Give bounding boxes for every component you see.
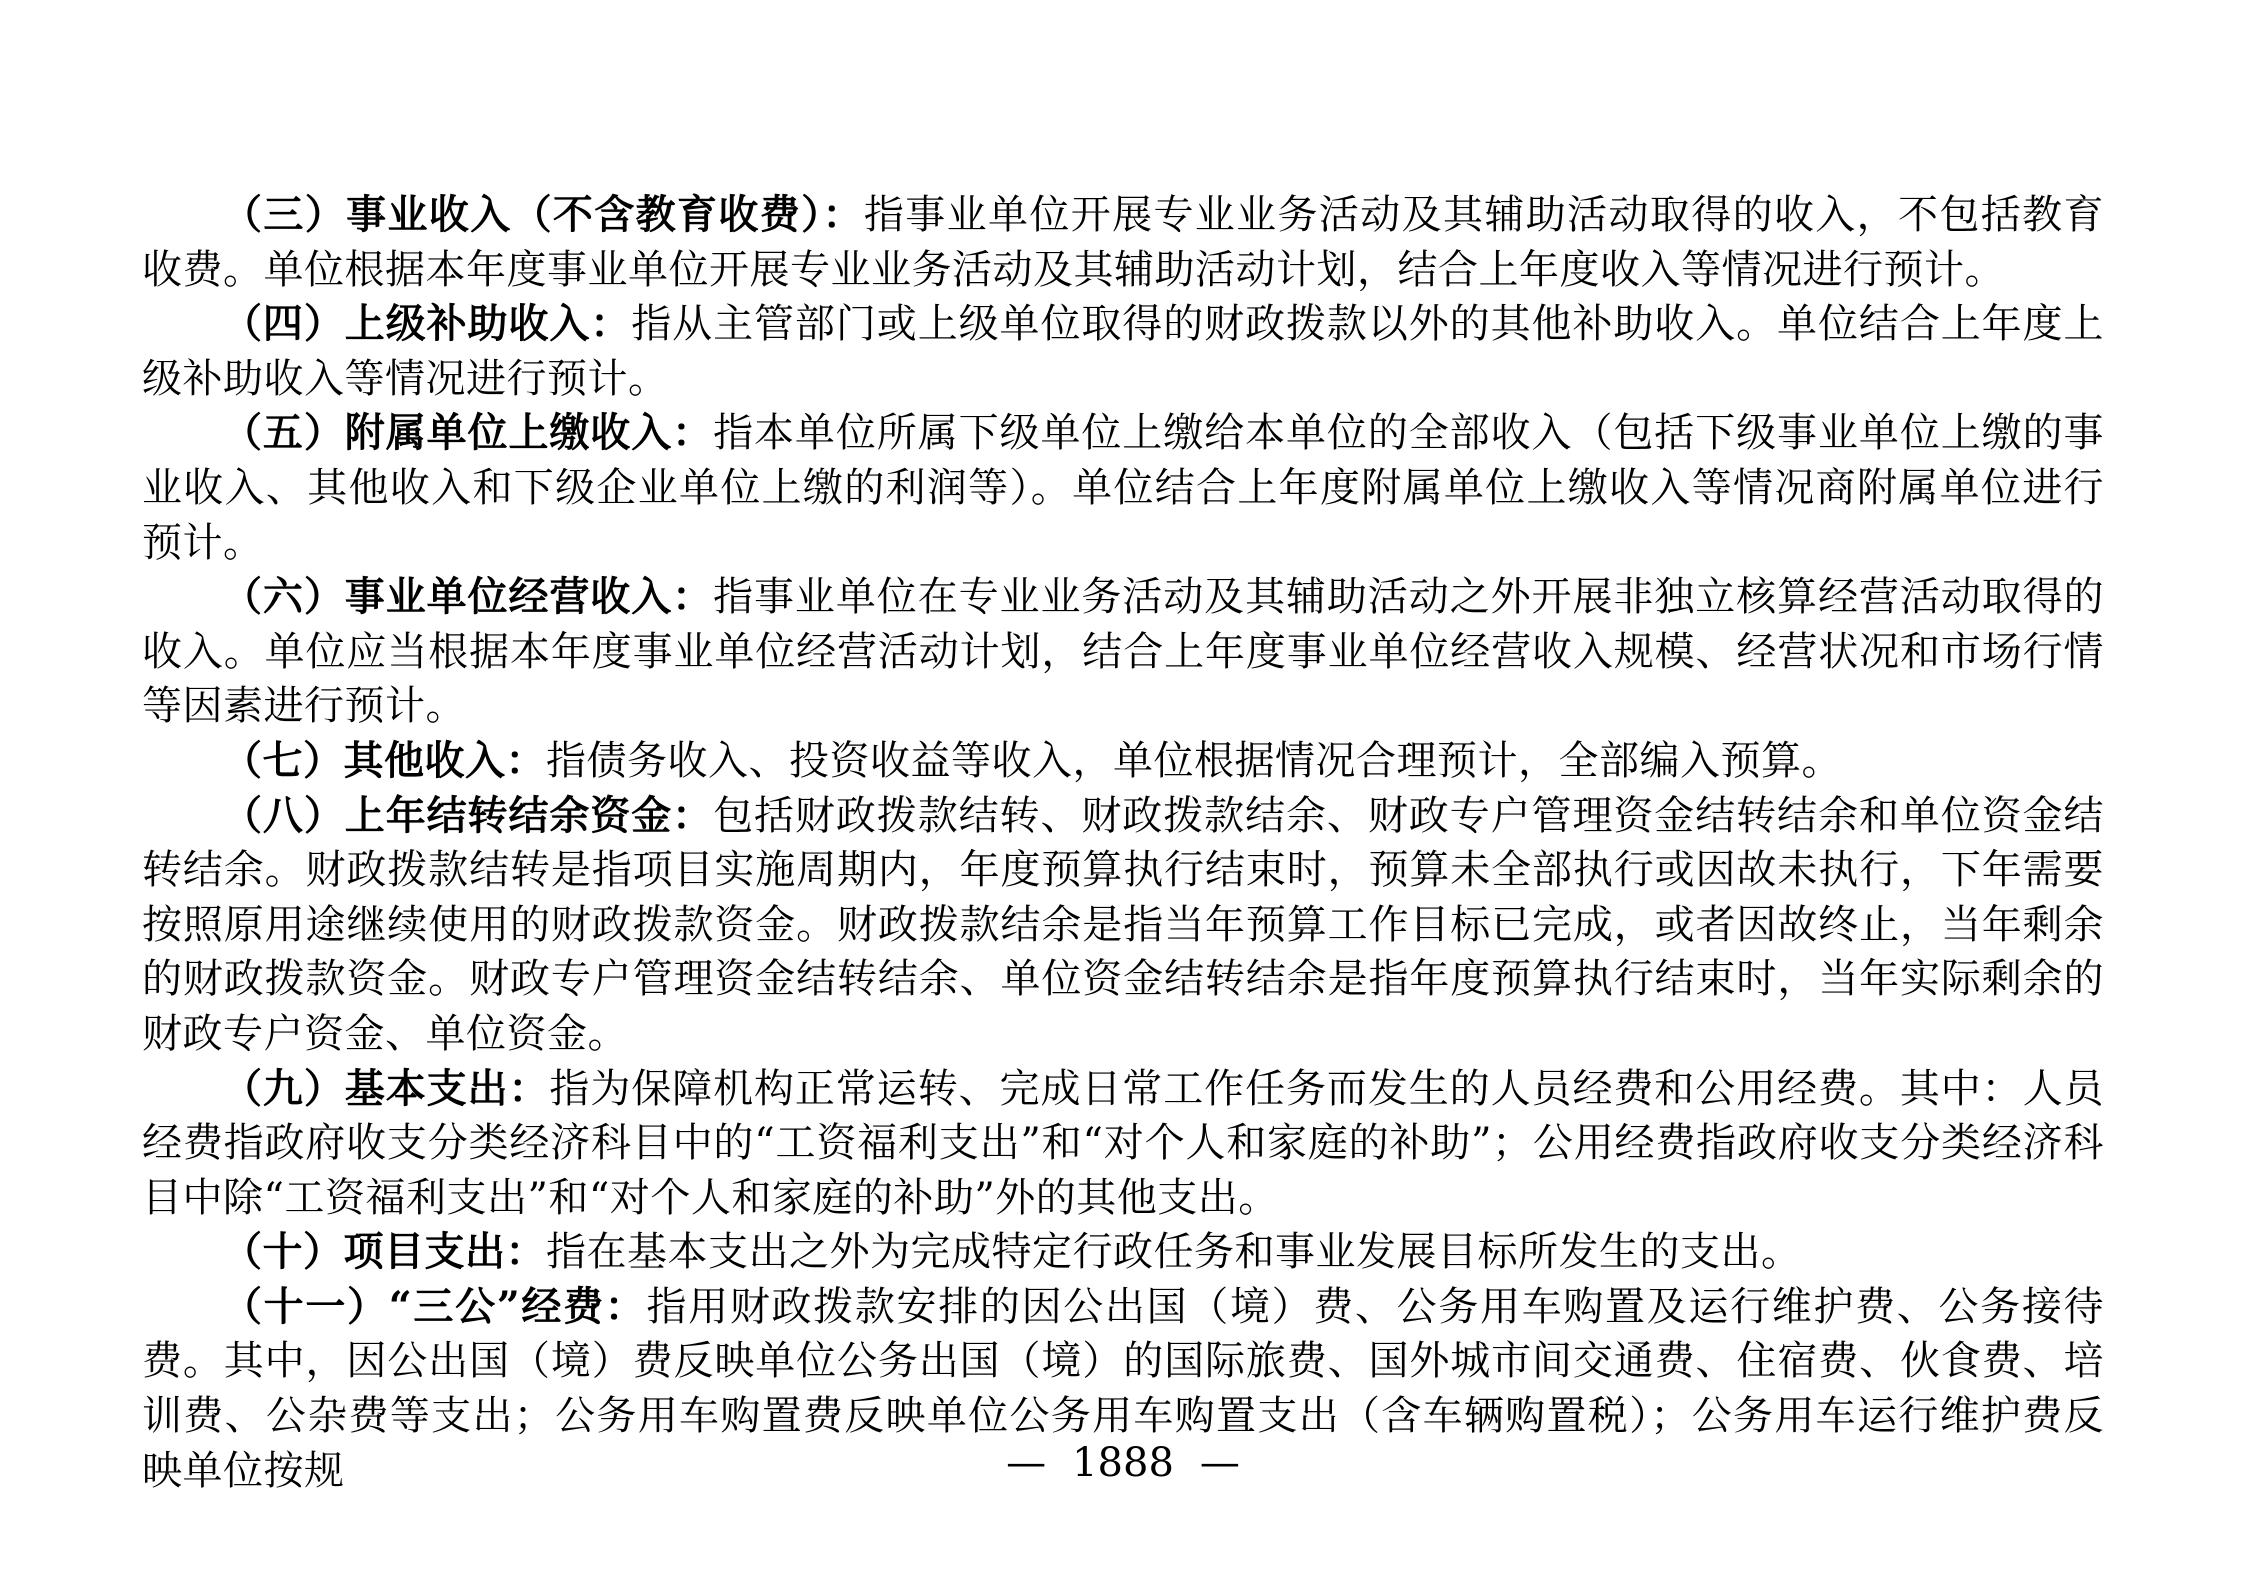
paragraph-term: （四）上级补助收入： <box>222 300 631 347</box>
page-number-right-dash: — <box>1200 1436 1240 1490</box>
paragraph-term: （十）项目支出： <box>222 1228 546 1275</box>
paragraph-5-fushu-danwei-shangjiao-shouru: （五）附属单位上缴收入：指本单位所属下级单位上缴给本单位的全部收入（包括下级事业… <box>142 406 2104 570</box>
paragraph-4-shangji-buzhu-shouru: （四）上级补助收入：指从主管部门或上级单位取得的财政拨款以外的其他补助收入。单位… <box>142 297 2104 406</box>
paragraph-8-shangnian-jiezhuan-jieyu-zijin: （八）上年结转结余资金：包括财政拨款结转、财政拨款结余、财政专户管理资金结转结余… <box>142 789 2104 1062</box>
page-number: —1888— <box>0 1436 2246 1490</box>
paragraph-10-xiangmu-zhichu: （十）项目支出：指在基本支出之外为完成特定行政任务和事业发展目标所发生的支出。 <box>142 1225 2104 1280</box>
paragraph-6-shiye-danwei-jingying-shouru: （六）事业单位经营收入：指事业单位在专业业务活动及其辅助活动之外开展非独立核算经… <box>142 570 2104 734</box>
document-text-block: （三）事业收入（不含教育收费）：指事业单位开展专业业务活动及其辅助活动取得的收入… <box>142 188 2104 1498</box>
paragraph-term: （七）其他收入： <box>222 737 546 784</box>
paragraph-7-qita-shouru: （七）其他收入：指债务收入、投资收益等收入，单位根据情况合理预计，全部编入预算。 <box>142 734 2104 789</box>
paragraph-term: （六）事业单位经营收入： <box>222 573 713 620</box>
paragraph-9-jiben-zhichu: （九）基本支出：指为保障机构正常运转、完成日常工作任务而发生的人员经费和公用经费… <box>142 1062 2104 1226</box>
paragraph-body: 指债务收入、投资收益等收入，单位根据情况合理预计，全部编入预算。 <box>546 738 1842 784</box>
paragraph-term: （八）上年结转结余资金： <box>222 792 713 839</box>
paragraph-term: （五）附属单位上缴收入： <box>222 409 713 456</box>
paragraph-term: （三）事业收入（不含教育收费）： <box>222 191 864 238</box>
paragraph-body: 指在基本支出之外为完成特定行政任务和事业发展目标所发生的支出。 <box>546 1229 1802 1275</box>
paragraph-3-shiye-shouru: （三）事业收入（不含教育收费）：指事业单位开展专业业务活动及其辅助活动取得的收入… <box>142 188 2104 297</box>
paragraph-term: （十一）“三公”经费： <box>222 1283 646 1330</box>
page-number-left-dash: — <box>1006 1436 1046 1490</box>
page-number-value: 1888 <box>1072 1440 1174 1486</box>
paragraph-term: （九）基本支出： <box>222 1065 549 1112</box>
